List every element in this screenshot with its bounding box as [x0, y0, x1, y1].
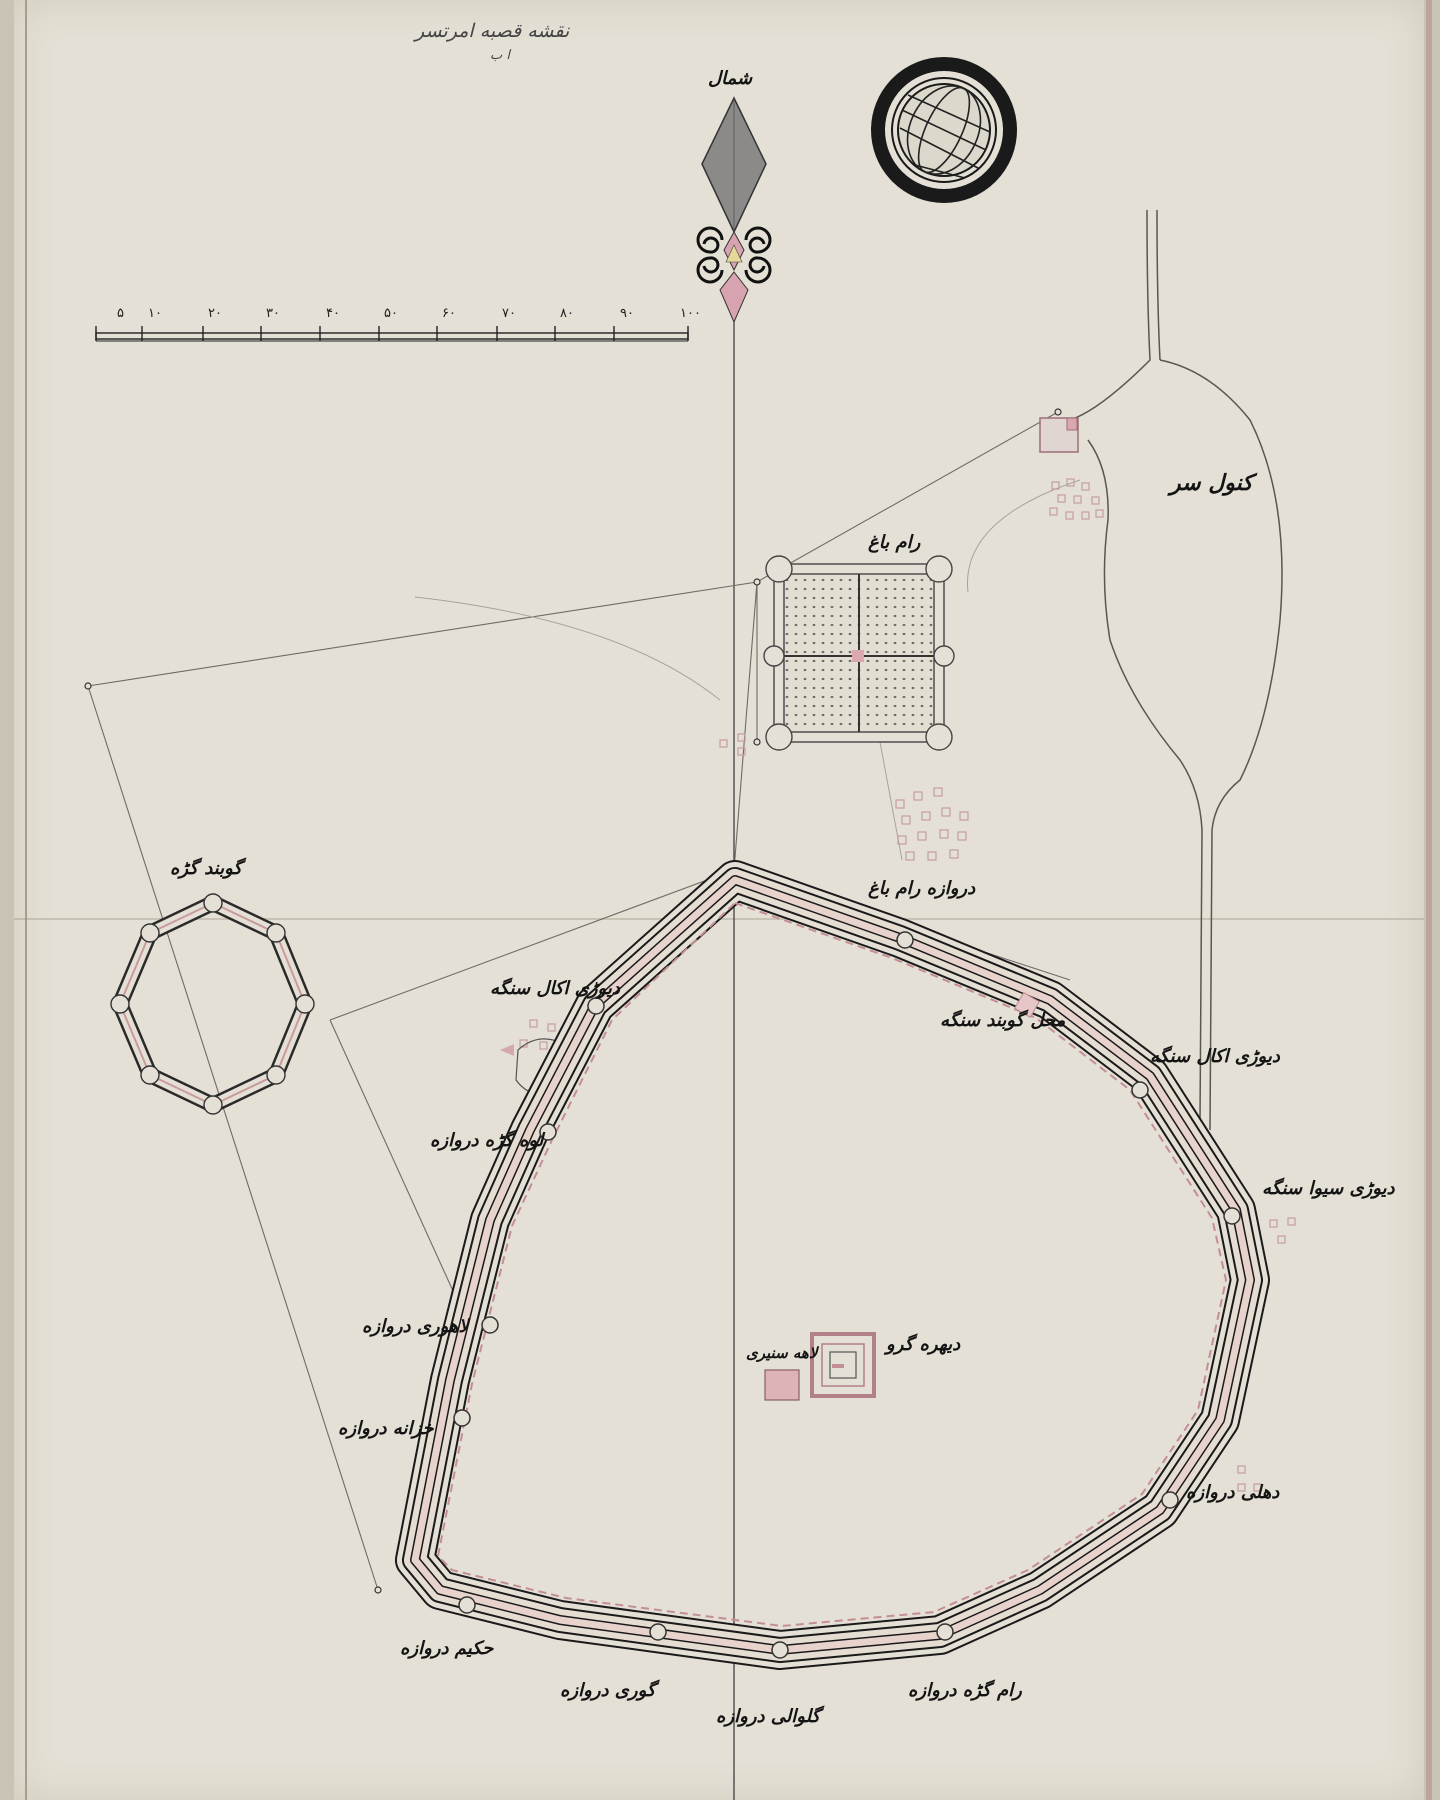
scale-tick: ۵۰: [384, 306, 398, 321]
gate-label-gori: گوری دروازه: [560, 1680, 655, 1701]
gobindgarh-fort: [111, 894, 314, 1114]
scale-tick: ۷۰: [502, 306, 516, 321]
gate-label-ramgarh: رام گڑه دروازه: [908, 1680, 1022, 1701]
scale-tick: ۳۰: [266, 306, 280, 321]
scale-tick: ۸۰: [560, 306, 574, 321]
ram-bagh-garden: [764, 556, 954, 750]
gate-label-khazana: خزانه دروازه: [338, 1418, 434, 1439]
scale-tick: ۵: [117, 306, 124, 321]
treasury-building: [765, 1370, 799, 1400]
gate-label-deorhi-2: دیوڑی اکال سنگه: [1150, 1046, 1280, 1067]
fort-label: گوبند گڑه: [170, 858, 242, 879]
scale-tick: ۹۰: [620, 306, 634, 321]
gate-label-deorhi-3: دیوڑی سیوا سنگه: [1262, 1178, 1395, 1199]
scale-tick: ۱۰۰: [680, 306, 701, 321]
faint-paths: [415, 480, 1080, 860]
map-title: نقشه قصبه امرتسر: [415, 20, 569, 42]
amritsar-map-drawing: [0, 0, 1440, 1800]
gate-label-hakim: حکیم دروازه: [400, 1638, 493, 1659]
scale-tick: ۲۰: [208, 306, 222, 321]
treasury-label: لاهه سنیری: [746, 1344, 817, 1362]
gate-label-galwali: گلوالی دروازه: [716, 1706, 820, 1727]
north-arrow-icon: [698, 98, 770, 322]
society-stamp: [878, 64, 1010, 196]
gate-label-delhi: دهلی دروازه: [1186, 1482, 1279, 1503]
north-label: شمال: [708, 68, 752, 89]
scale-tick: ۴۰: [326, 306, 340, 321]
gate-label-deorhi-akal: دیوڑی اکال سنگه: [490, 978, 620, 999]
lake-label: کنول سر: [1170, 470, 1253, 496]
gate-label-ram-bagh: دروازه رام باغ: [868, 878, 975, 899]
garden-label: رام باغ: [868, 532, 920, 553]
temple-label: دیهره گرو: [886, 1334, 960, 1355]
palace-label: محل گوبند سنگه: [940, 1010, 1065, 1031]
map-title-sub: ا ب: [490, 48, 510, 63]
scale-tick: ۱۰: [148, 306, 162, 321]
scale-tick: ۶۰: [442, 306, 456, 321]
harmandir-complex: [812, 1334, 874, 1396]
water-course: [1070, 210, 1282, 1130]
gate-label-lohgarh: لوه گڑه دروازه: [430, 1130, 543, 1151]
scale-bar: [96, 326, 688, 341]
gate-label-lahori: لاهوری دروازه: [362, 1316, 469, 1337]
